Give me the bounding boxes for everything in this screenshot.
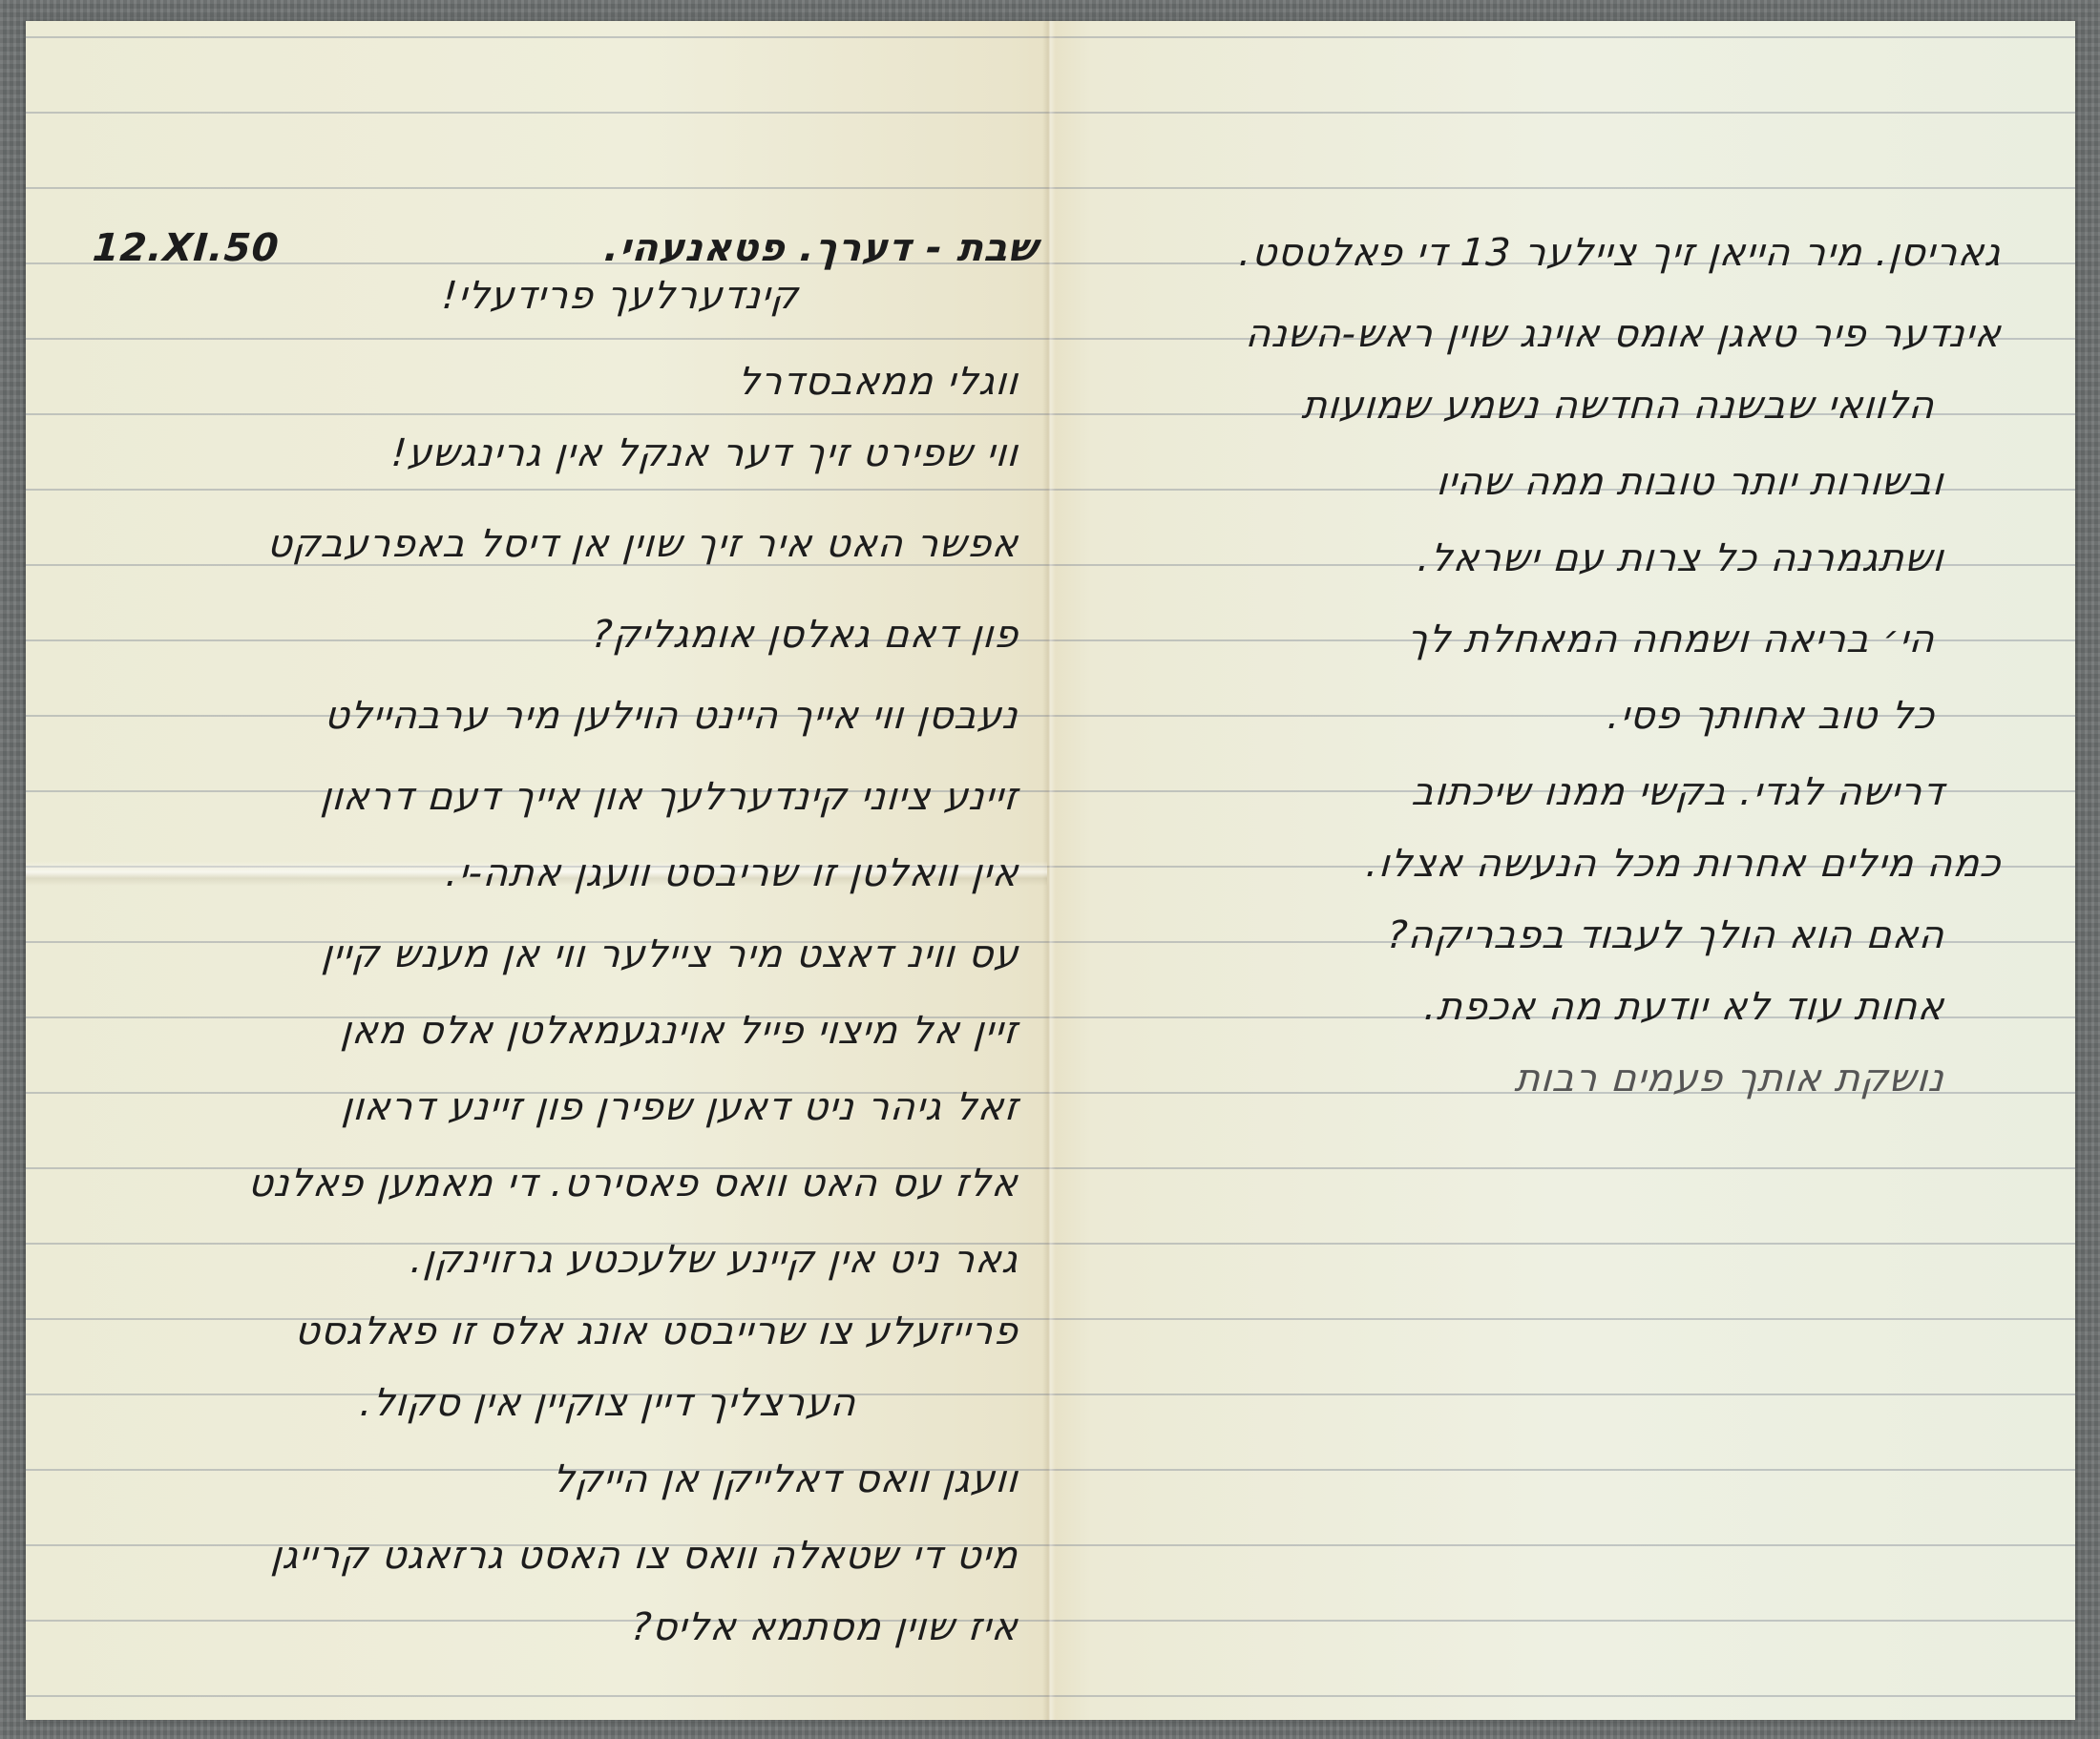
handwritten-line: מיט די שטאלה וואס צו האסט גרזאגט קרייגן: [269, 1534, 1019, 1578]
handwritten-line: דרישה לגדי. בקשי ממנו שיכתוב: [1410, 770, 1945, 814]
handwritten-line: הי׳ בריאה ושמחה המאחלת לך: [1405, 618, 1936, 661]
handwritten-line: נעבסן ווי אייך היינט הוילען מיר ערבהיילט: [323, 694, 1019, 738]
handwritten-line: כל טוב אחותך פסי.: [1606, 694, 1936, 738]
handwritten-line: איז שוין מסתמא אליס?: [630, 1605, 1020, 1649]
handwritten-line: זיינע ציוני קינדערלעך און אייך דעם דראון: [320, 775, 1020, 819]
handwritten-line: פרייזעלע צו שרייבסט אונג אלס זו פאלגסט: [293, 1309, 1019, 1353]
handwritten-line: אינדער פיר טאגן אומס אוינג שוין ראש-השנה: [1245, 312, 2004, 356]
header-date: 12.XI.50: [91, 226, 281, 270]
letter-paper: שבת - דערך. פטאנעהי. 12.XI.50 קינדערלעך …: [26, 21, 2075, 1720]
handwritten-line: האם הוא הולך לעבוד בפבריקה?: [1385, 913, 1946, 957]
handwritten-line: גאריסן. מיר הייאן זיך ציילער 13 די פאלטס…: [1238, 231, 2004, 275]
handwritten-line: כמה מילים אחרות מכל הנעשה אצלו.: [1365, 842, 2004, 886]
handwritten-line: קינדערלעך פרידעלי!: [441, 274, 801, 318]
handwritten-line: נושקת אותך פעמים רבות: [1513, 1057, 1945, 1100]
header-day-place: שבת - דערך. פטאנעהי.: [602, 226, 1039, 270]
handwritten-line: ובשורות יותר טובות ממה שהיו: [1436, 460, 1946, 504]
handwritten-line: אפשר האט איר זיך שוין אן דיסל באפרעבקט: [265, 522, 1019, 566]
handwritten-line: עס ווינ דאצט מיר ציילער ווי אן מענש קיין: [320, 932, 1020, 976]
handwritten-line: וועגן וואס דאלייקן אן הייקל: [552, 1457, 1020, 1501]
handwritten-line: גאר ניט אין קיינע שלעכטע גרזוינקן.: [409, 1238, 1019, 1282]
handwritten-line: ושתגמרנה כל צרות עם ישראל.: [1417, 536, 1946, 580]
handwritten-line: אין וואלטן זו שריבסט וועגן אתה-י.: [444, 851, 1020, 895]
handwritten-line: הלוואי שבשנה החדשה נשמע שמועות: [1300, 384, 1936, 428]
handwritten-line: זיין אל מיצוי פייל אוינגעמאלטן אלס מאן: [340, 1009, 1020, 1053]
handwritten-line: ווגלי ממאבסדרל: [736, 360, 1019, 404]
handwritten-line: הערצליך דיין צוקיין אין סקול.: [358, 1381, 857, 1425]
handwritten-line: זאל גיהר ניט דאען שפירן פון זיינע דראון: [340, 1085, 1019, 1129]
handwritten-line: ווי שפירט זיך דער אנקל אין גרינגשע!: [389, 431, 1019, 475]
handwritten-line: אלז עס האט וואס פאסירט. די מאמען פאלנט: [247, 1162, 1020, 1205]
handwritten-line: אחות עוד לא יודעת מה אכפת.: [1422, 985, 1945, 1029]
handwritten-line: פון דאם גאלסן אומגליק?: [590, 613, 1020, 657]
